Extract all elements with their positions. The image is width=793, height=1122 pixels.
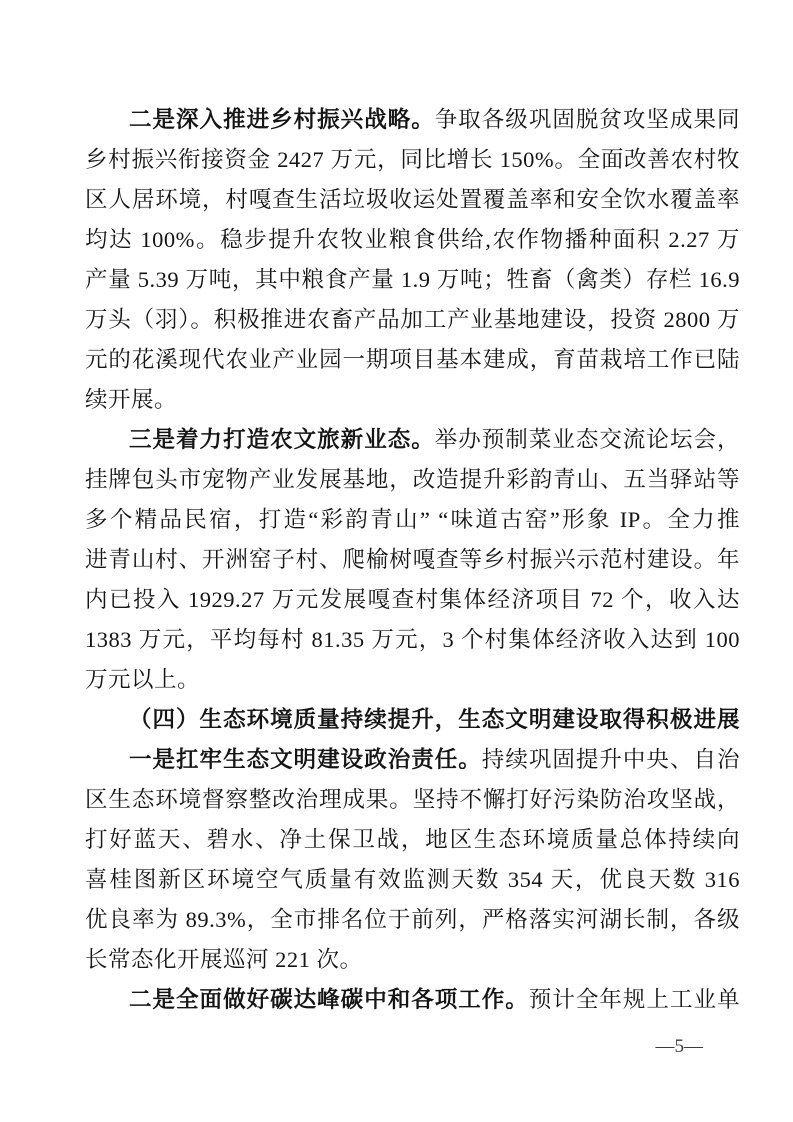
bold-lead-text: 一是扛牢生态文明建设政治责任。	[129, 747, 482, 772]
line-text: 内已投入 1929.27 万元发展嘎查村集体经济项目 72 个，收入达	[85, 587, 740, 612]
bold-lead-text: 二是全面做好碳达峰碳中和各项工作。	[129, 987, 529, 1012]
paragraph-line: 打好蓝天、碧水、净土保卫战，地区生态环境质量总体持续向好，	[85, 820, 740, 860]
line-text: 均达 100%。稳步提升农牧业粮食供给,农作物播种面积 2.27 万亩，	[85, 227, 740, 260]
line-text: 优良率为 89.3%，全市排名位于前列，严格落实河湖长制，各级河	[85, 907, 740, 940]
line-text: 打好蓝天、碧水、净土保卫战，地区生态环境质量总体持续向好，	[85, 827, 740, 860]
paragraph-last-line: 续开展。	[85, 380, 740, 420]
line-text: 持续巩固提升中央、自治	[482, 747, 740, 772]
line-text: 乡村振兴衔接资金 2427 万元，同比增长 150%。全面改善农村牧	[85, 147, 740, 172]
line-text: 元的花溪现代农业产业园一期项目基本建成，育苗栽培工作已陆	[85, 347, 740, 372]
paragraph-line: 挂牌包头市宠物产业发展基地，改造提升彩韵青山、五当驿站等	[85, 460, 740, 500]
document-page: 二是深入推进乡村振兴战略。争取各级巩固脱贫攻坚成果同 乡村振兴衔接资金 2427…	[0, 0, 793, 1122]
paragraph-line: 乡村振兴衔接资金 2427 万元，同比增长 150%。全面改善农村牧	[85, 140, 740, 180]
line-text: 挂牌包头市宠物产业发展基地，改造提升彩韵青山、五当驿站等	[85, 467, 740, 492]
line-text: 万元以上。	[85, 667, 200, 692]
paragraph-line: 进青山村、开洲窑子村、爬榆树嘎查等乡村振兴示范村建设。年	[85, 540, 740, 580]
line-text: 举办预制菜业态交流论坛会，	[435, 427, 740, 452]
line-text: 续开展。	[85, 387, 177, 412]
line-text: 产量 5.39 万吨，其中粮食产量 1.9 万吨；牲畜（禽类）存栏 16.9	[85, 267, 740, 292]
paragraph-lead-line: 一是扛牢生态文明建设政治责任。持续巩固提升中央、自治	[85, 740, 740, 780]
line-text: 区人居环境，村嘎查生活垃圾收运处置覆盖率和安全饮水覆盖率	[85, 187, 740, 212]
paragraph-line: 均达 100%。稳步提升农牧业粮食供给,农作物播种面积 2.27 万亩，	[85, 220, 740, 260]
paragraph-line: 优良率为 89.3%，全市排名位于前列，严格落实河湖长制，各级河	[85, 900, 740, 940]
line-text: 喜桂图新区环境空气质量有效监测天数 354 天，优良天数 316 天，	[85, 867, 740, 900]
paragraph-line: 产量 5.39 万吨，其中粮食产量 1.9 万吨；牲畜（禽类）存栏 16.9	[85, 260, 740, 300]
paragraph-line: 区人居环境，村嘎查生活垃圾收运处置覆盖率和安全饮水覆盖率	[85, 180, 740, 220]
paragraph-last-line: 万元以上。	[85, 660, 740, 700]
section-heading-text: （四）生态环境质量持续提升，生态文明建设取得积极进展	[129, 707, 740, 732]
paragraph-line: 区生态环境督察整改治理成果。坚持不懈打好污染防治攻坚战，	[85, 780, 740, 820]
paragraph-lead-line: 三是着力打造农文旅新业态。举办预制菜业态交流论坛会，	[85, 420, 740, 460]
paragraph-line: 元的花溪现代农业产业园一期项目基本建成，育苗栽培工作已陆	[85, 340, 740, 380]
paragraph-lead-line: 二是全面做好碳达峰碳中和各项工作。预计全年规上工业单	[85, 980, 740, 1020]
paragraph-line: 1383 万元，平均每村 81.35 万元，3 个村集体经济收入达到 100	[85, 620, 740, 660]
line-text: 进青山村、开洲窑子村、爬榆树嘎查等乡村振兴示范村建设。年	[85, 547, 740, 572]
paragraph-last-line: 长常态化开展巡河 221 次。	[85, 940, 740, 980]
line-text: 预计全年规上工业单	[529, 987, 740, 1012]
line-text: 万头（羽）。积极推进农畜产品加工产业基地建设，投资 2800 万	[85, 307, 740, 332]
line-text: 1383 万元，平均每村 81.35 万元，3 个村集体经济收入达到 100	[85, 627, 740, 652]
line-text: 长常态化开展巡河 221 次。	[85, 947, 363, 972]
line-text: 多个精品民宿，打造“彩韵青山” “味道古窑”形象 IP。全力推	[85, 507, 740, 532]
page-number: —5—	[656, 1036, 704, 1058]
paragraph-line: 喜桂图新区环境空气质量有效监测天数 354 天，优良天数 316 天，	[85, 860, 740, 900]
section-heading: （四）生态环境质量持续提升，生态文明建设取得积极进展	[85, 700, 740, 740]
paragraph-line: 多个精品民宿，打造“彩韵青山” “味道古窑”形象 IP。全力推	[85, 500, 740, 540]
line-text: 区生态环境督察整改治理成果。坚持不懈打好污染防治攻坚战，	[85, 787, 740, 812]
line-text: 争取各级巩固脱贫攻坚成果同	[435, 107, 740, 132]
paragraph-line: 万头（羽）。积极推进农畜产品加工产业基地建设，投资 2800 万	[85, 300, 740, 340]
paragraph-lead-line: 二是深入推进乡村振兴战略。争取各级巩固脱贫攻坚成果同	[85, 100, 740, 140]
paragraph-line: 内已投入 1929.27 万元发展嘎查村集体经济项目 72 个，收入达	[85, 580, 740, 620]
bold-lead-text: 三是着力打造农文旅新业态。	[129, 427, 435, 452]
bold-lead-text: 二是深入推进乡村振兴战略。	[129, 107, 435, 132]
document-body: 二是深入推进乡村振兴战略。争取各级巩固脱贫攻坚成果同 乡村振兴衔接资金 2427…	[85, 100, 740, 1020]
